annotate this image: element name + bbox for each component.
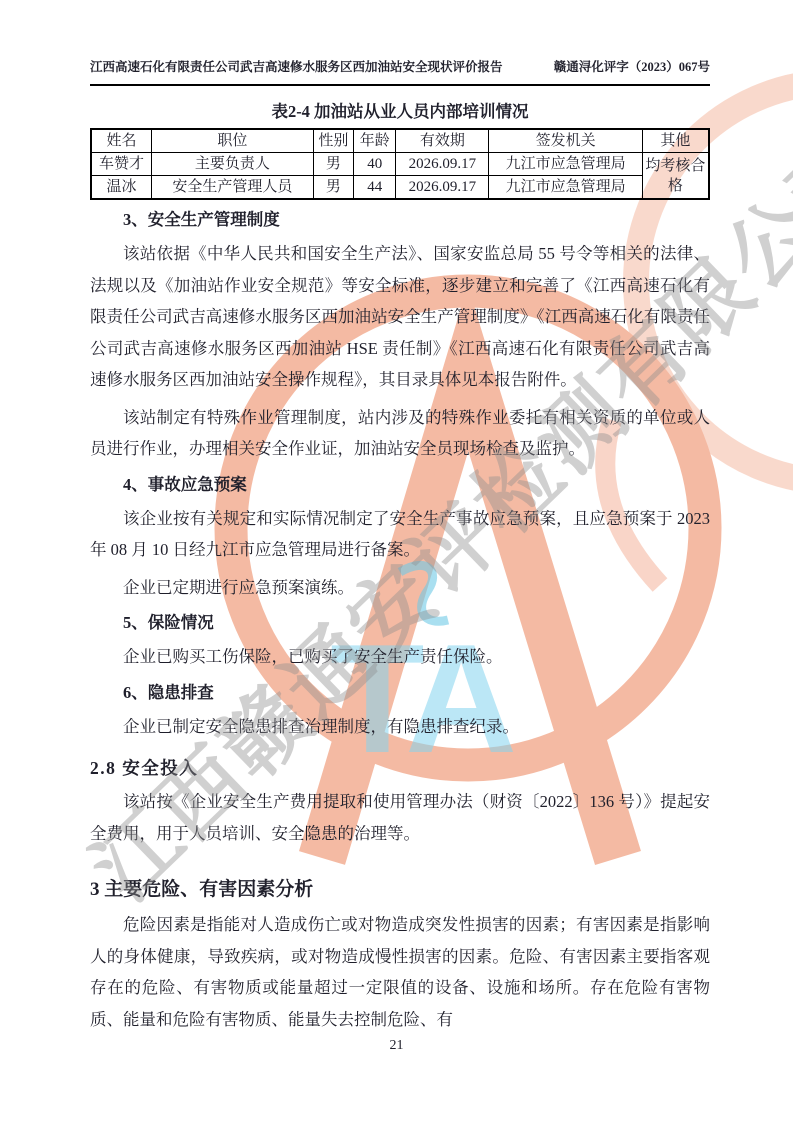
heading-chapter-3: 3 主要危险、有害因素分析 bbox=[90, 877, 710, 903]
cell-title: 安全生产管理人员 bbox=[152, 176, 314, 200]
heading-safety-management: 3、安全生产管理制度 bbox=[90, 208, 710, 232]
page-header: 江西高速石化有限责任公司武吉高速修水服务区西加油站安全现状评价报告 赣通浔化评字… bbox=[90, 57, 710, 86]
paragraph: 危险因素是指能对人造成伤亡或对物造成突发性损害的因素；有害因素是指影响人的身体健… bbox=[90, 909, 710, 1035]
paragraph: 该站按《企业安全生产费用提取和使用管理办法（财资〔2022〕136 号）》提起安… bbox=[90, 786, 710, 849]
table-row: 车赞才 主要负责人 男 40 2026.09.17 九江市应急管理局 均考核合格 bbox=[91, 153, 709, 176]
paragraph: 企业已定期进行应急预案演练。 bbox=[90, 572, 710, 604]
heading-insurance: 5、保险情况 bbox=[90, 611, 710, 635]
cell-gender: 男 bbox=[313, 153, 353, 176]
cell-valid: 2026.09.17 bbox=[396, 176, 489, 200]
cell-name: 温冰 bbox=[91, 176, 152, 200]
cell-issuer: 九江市应急管理局 bbox=[489, 153, 642, 176]
paragraph: 该站依据《中华人民共和国安全生产法》、国家安监总局 55 号令等相关的法律、法规… bbox=[90, 238, 710, 396]
cell-other-merged: 均考核合格 bbox=[642, 153, 709, 200]
table-header-row: 姓名 职位 性别 年龄 有效期 签发机关 其他 bbox=[91, 129, 709, 153]
cell-title: 主要负责人 bbox=[152, 153, 314, 176]
table-title: 表2-4 加油站从业人员内部培训情况 bbox=[90, 101, 710, 123]
cell-valid: 2026.09.17 bbox=[396, 153, 489, 176]
header-document-number: 赣通浔化评字（2023）067号 bbox=[554, 57, 710, 77]
paragraph: 企业已制定安全隐患排查治理制度，有隐患排查纪录。 bbox=[90, 711, 710, 743]
header-report-title: 江西高速石化有限责任公司武吉高速修水服务区西加油站安全现状评价报告 bbox=[90, 57, 503, 77]
column-header-age: 年龄 bbox=[354, 129, 396, 153]
column-header-issuer: 签发机关 bbox=[489, 129, 642, 153]
page-number: 21 bbox=[0, 1038, 793, 1054]
cell-age: 40 bbox=[354, 153, 396, 176]
cell-name: 车赞才 bbox=[91, 153, 152, 176]
paragraph: 该站制定有特殊作业管理制度，站内涉及的特殊作业委托有相关资质的单位或人员进行作业… bbox=[90, 402, 710, 465]
column-header-gender: 性别 bbox=[313, 129, 353, 153]
cell-issuer: 九江市应急管理局 bbox=[489, 176, 642, 200]
table-row: 温冰 安全生产管理人员 男 44 2026.09.17 九江市应急管理局 bbox=[91, 176, 709, 200]
column-header-name: 姓名 bbox=[91, 129, 152, 153]
paragraph: 该企业按有关规定和实际情况制定了安全生产事故应急预案，且应急预案于 2023 年… bbox=[90, 503, 710, 566]
document-page: TA 江西高速石化有限责任公司武吉高速修水服务区西加油站安全现状评价报告 赣通浔… bbox=[0, 0, 793, 1122]
heading-safety-investment: 2.8 安全投入 bbox=[90, 756, 710, 780]
column-header-other: 其他 bbox=[642, 129, 709, 153]
column-header-title: 职位 bbox=[152, 129, 314, 153]
heading-hazard-inspection: 6、隐患排查 bbox=[90, 681, 710, 705]
paragraph: 企业已购买工伤保险，已购买了安全生产责任保险。 bbox=[90, 641, 710, 673]
cell-gender: 男 bbox=[313, 176, 353, 200]
training-table: 姓名 职位 性别 年龄 有效期 签发机关 其他 车赞才 主要负责人 男 40 2… bbox=[90, 128, 710, 200]
column-header-valid: 有效期 bbox=[396, 129, 489, 153]
heading-emergency-plan: 4、事故应急预案 bbox=[90, 473, 710, 497]
cell-age: 44 bbox=[354, 176, 396, 200]
